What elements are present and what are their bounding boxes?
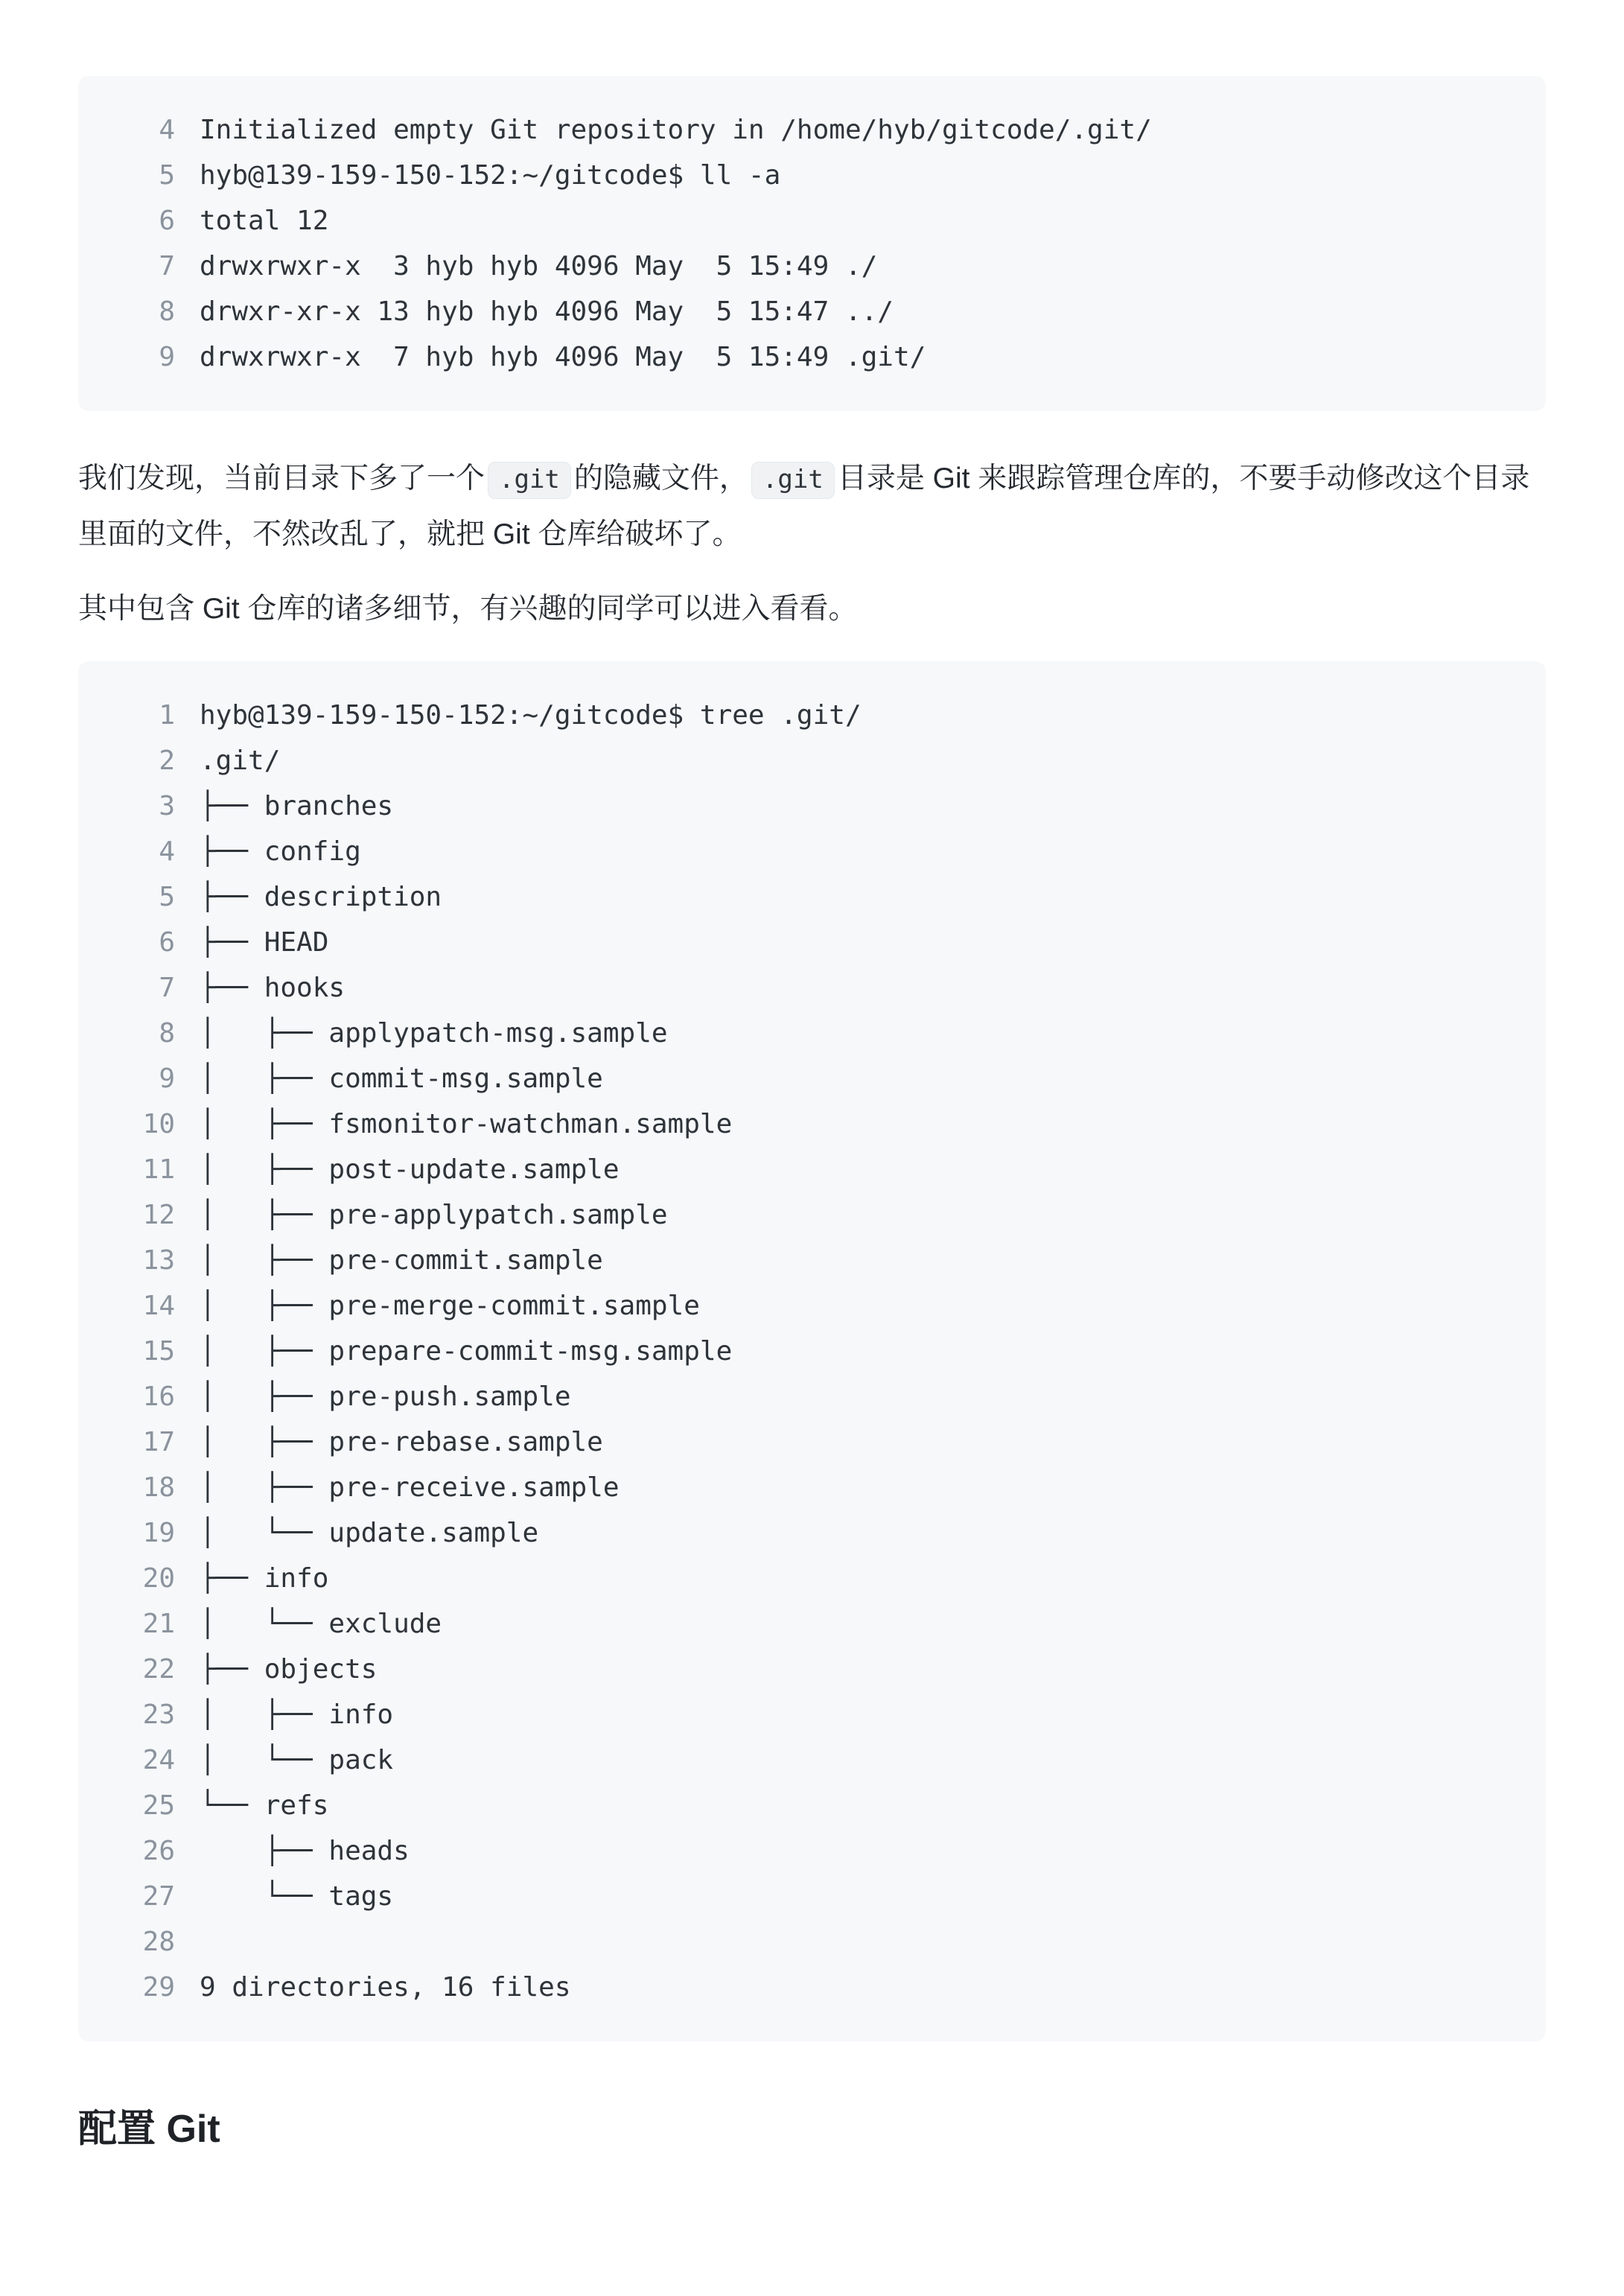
code-text: │ ├── pre-merge-commit.sample: [200, 1283, 700, 1329]
line-number: 17: [78, 1419, 200, 1465]
code-line: 14│ ├── pre-merge-commit.sample: [78, 1283, 1546, 1329]
text-segment: 我们发现，当前目录下多了一个: [78, 462, 485, 495]
line-number: 28: [78, 1919, 200, 1965]
code-line: 16│ ├── pre-push.sample: [78, 1374, 1546, 1419]
code-text: ├── config: [200, 829, 361, 874]
inline-code: .git: [751, 462, 835, 499]
section-heading-configure-git: 配置 Git: [78, 2105, 1546, 2153]
line-number: 6: [78, 920, 200, 965]
text-segment: 的隐藏文件，: [574, 462, 748, 495]
code-line: 9│ ├── commit-msg.sample: [78, 1056, 1546, 1101]
code-text: .git/: [200, 738, 280, 783]
code-text: │ └── exclude: [200, 1601, 442, 1647]
code-text: ├── HEAD: [200, 920, 328, 965]
code-text: │ ├── pre-rebase.sample: [200, 1419, 603, 1465]
code-text: │ └── pack: [200, 1737, 393, 1783]
line-number: 14: [78, 1283, 200, 1329]
code-line: 18│ ├── pre-receive.sample: [78, 1465, 1546, 1510]
line-number: 9: [78, 1056, 200, 1101]
code-line: 17│ ├── pre-rebase.sample: [78, 1419, 1546, 1465]
code-text: drwxr-xr-x 13 hyb hyb 4096 May 5 15:47 .…: [200, 289, 894, 334]
code-text: hyb@139-159-150-152:~/gitcode$ ll -a: [200, 153, 780, 198]
code-text: 9 directories, 16 files: [200, 1965, 571, 2010]
line-number: 23: [78, 1692, 200, 1737]
code-text: │ ├── post-update.sample: [200, 1147, 620, 1192]
line-number: 20: [78, 1556, 200, 1601]
code-line: 9drwxrwxr-x 7 hyb hyb 4096 May 5 15:49 .…: [78, 334, 1546, 380]
line-number: 7: [78, 244, 200, 289]
code-line: 7├── hooks: [78, 965, 1546, 1011]
code-line: 23│ ├── info: [78, 1692, 1546, 1737]
line-number: 4: [78, 107, 200, 153]
code-text: ├── hooks: [200, 965, 345, 1011]
code-line: 27 └── tags: [78, 1874, 1546, 1919]
code-line: 299 directories, 16 files: [78, 1965, 1546, 2010]
code-line: 8drwxr-xr-x 13 hyb hyb 4096 May 5 15:47 …: [78, 289, 1546, 334]
code-line: 5├── description: [78, 874, 1546, 920]
code-line: 19│ └── update.sample: [78, 1510, 1546, 1556]
line-number: 12: [78, 1192, 200, 1238]
page: 4Initialized empty Git repository in /ho…: [0, 0, 1624, 2153]
code-text: │ ├── prepare-commit-msg.sample: [200, 1329, 732, 1374]
line-number: 3: [78, 783, 200, 829]
code-line: 21│ └── exclude: [78, 1601, 1546, 1647]
code-line: 22├── objects: [78, 1647, 1546, 1692]
line-number: 5: [78, 153, 200, 198]
code-line: 3├── branches: [78, 783, 1546, 829]
code-text: │ ├── applypatch-msg.sample: [200, 1011, 668, 1056]
line-number: 9: [78, 334, 200, 380]
code-line: 4├── config: [78, 829, 1546, 874]
inline-code: .git: [488, 462, 571, 499]
line-number: 11: [78, 1147, 200, 1192]
line-number: 5: [78, 874, 200, 920]
code-text: ├── branches: [200, 783, 393, 829]
line-number: 24: [78, 1737, 200, 1783]
code-text: ├── info: [200, 1556, 328, 1601]
line-number: 19: [78, 1510, 200, 1556]
line-number: 1: [78, 693, 200, 738]
code-text: total 12: [200, 198, 328, 244]
code-text: │ ├── pre-commit.sample: [200, 1238, 603, 1283]
code-line: 26 ├── heads: [78, 1828, 1546, 1874]
code-line: 28: [78, 1919, 1546, 1965]
line-number: 8: [78, 289, 200, 334]
code-text: │ ├── pre-receive.sample: [200, 1465, 620, 1510]
code-text: └── refs: [200, 1783, 328, 1828]
code-line: 8│ ├── applypatch-msg.sample: [78, 1011, 1546, 1056]
code-text: drwxrwxr-x 7 hyb hyb 4096 May 5 15:49 .g…: [200, 334, 926, 380]
code-text: │ ├── pre-applypatch.sample: [200, 1192, 668, 1238]
code-text: ├── heads: [200, 1828, 410, 1874]
code-line: 24│ └── pack: [78, 1737, 1546, 1783]
code-line: 13│ ├── pre-commit.sample: [78, 1238, 1546, 1283]
code-line: 1hyb@139-159-150-152:~/gitcode$ tree .gi…: [78, 693, 1546, 738]
code-text: ├── objects: [200, 1647, 377, 1692]
line-number: 6: [78, 198, 200, 244]
line-number: 15: [78, 1329, 200, 1374]
line-number: 16: [78, 1374, 200, 1419]
code-text: │ ├── pre-push.sample: [200, 1374, 571, 1419]
code-line: 25└── refs: [78, 1783, 1546, 1828]
code-text: └── tags: [200, 1874, 393, 1919]
line-number: 18: [78, 1465, 200, 1510]
line-number: 4: [78, 829, 200, 874]
line-number: 10: [78, 1101, 200, 1147]
line-number: 26: [78, 1828, 200, 1874]
code-block-ls-output: 4Initialized empty Git repository in /ho…: [78, 76, 1546, 411]
line-number: 25: [78, 1783, 200, 1828]
code-line: 10│ ├── fsmonitor-watchman.sample: [78, 1101, 1546, 1147]
code-text: ├── description: [200, 874, 442, 920]
paragraph-git-details: 其中包含 Git 仓库的诸多细节，有兴趣的同学可以进入看看。: [78, 582, 1546, 637]
line-number: 13: [78, 1238, 200, 1283]
line-number: 27: [78, 1874, 200, 1919]
code-block-tree-output: 1hyb@139-159-150-152:~/gitcode$ tree .gi…: [78, 661, 1546, 2041]
code-text: hyb@139-159-150-152:~/gitcode$ tree .git…: [200, 693, 862, 738]
code-text: │ ├── commit-msg.sample: [200, 1056, 603, 1101]
code-line: 6total 12: [78, 198, 1546, 244]
code-line: 11│ ├── post-update.sample: [78, 1147, 1546, 1192]
line-number: 29: [78, 1965, 200, 2010]
code-line: 4Initialized empty Git repository in /ho…: [78, 107, 1546, 153]
code-line: 12│ ├── pre-applypatch.sample: [78, 1192, 1546, 1238]
code-text: │ ├── fsmonitor-watchman.sample: [200, 1101, 732, 1147]
line-number: 7: [78, 965, 200, 1011]
code-line: 7drwxrwxr-x 3 hyb hyb 4096 May 5 15:49 .…: [78, 244, 1546, 289]
line-number: 2: [78, 738, 200, 783]
code-text: │ └── update.sample: [200, 1510, 538, 1556]
code-text: drwxrwxr-x 3 hyb hyb 4096 May 5 15:49 ./: [200, 244, 877, 289]
code-line: 5hyb@139-159-150-152:~/gitcode$ ll -a: [78, 153, 1546, 198]
paragraph-git-hidden-dir: 我们发现，当前目录下多了一个.git的隐藏文件，.git目录是 Git 来跟踪管…: [78, 451, 1546, 562]
code-line: 6├── HEAD: [78, 920, 1546, 965]
code-text: │ ├── info: [200, 1692, 393, 1737]
code-text: Initialized empty Git repository in /hom…: [200, 107, 1152, 153]
code-line: 2.git/: [78, 738, 1546, 783]
line-number: 8: [78, 1011, 200, 1056]
line-number: 22: [78, 1647, 200, 1692]
code-line: 15│ ├── prepare-commit-msg.sample: [78, 1329, 1546, 1374]
code-line: 20├── info: [78, 1556, 1546, 1601]
line-number: 21: [78, 1601, 200, 1647]
